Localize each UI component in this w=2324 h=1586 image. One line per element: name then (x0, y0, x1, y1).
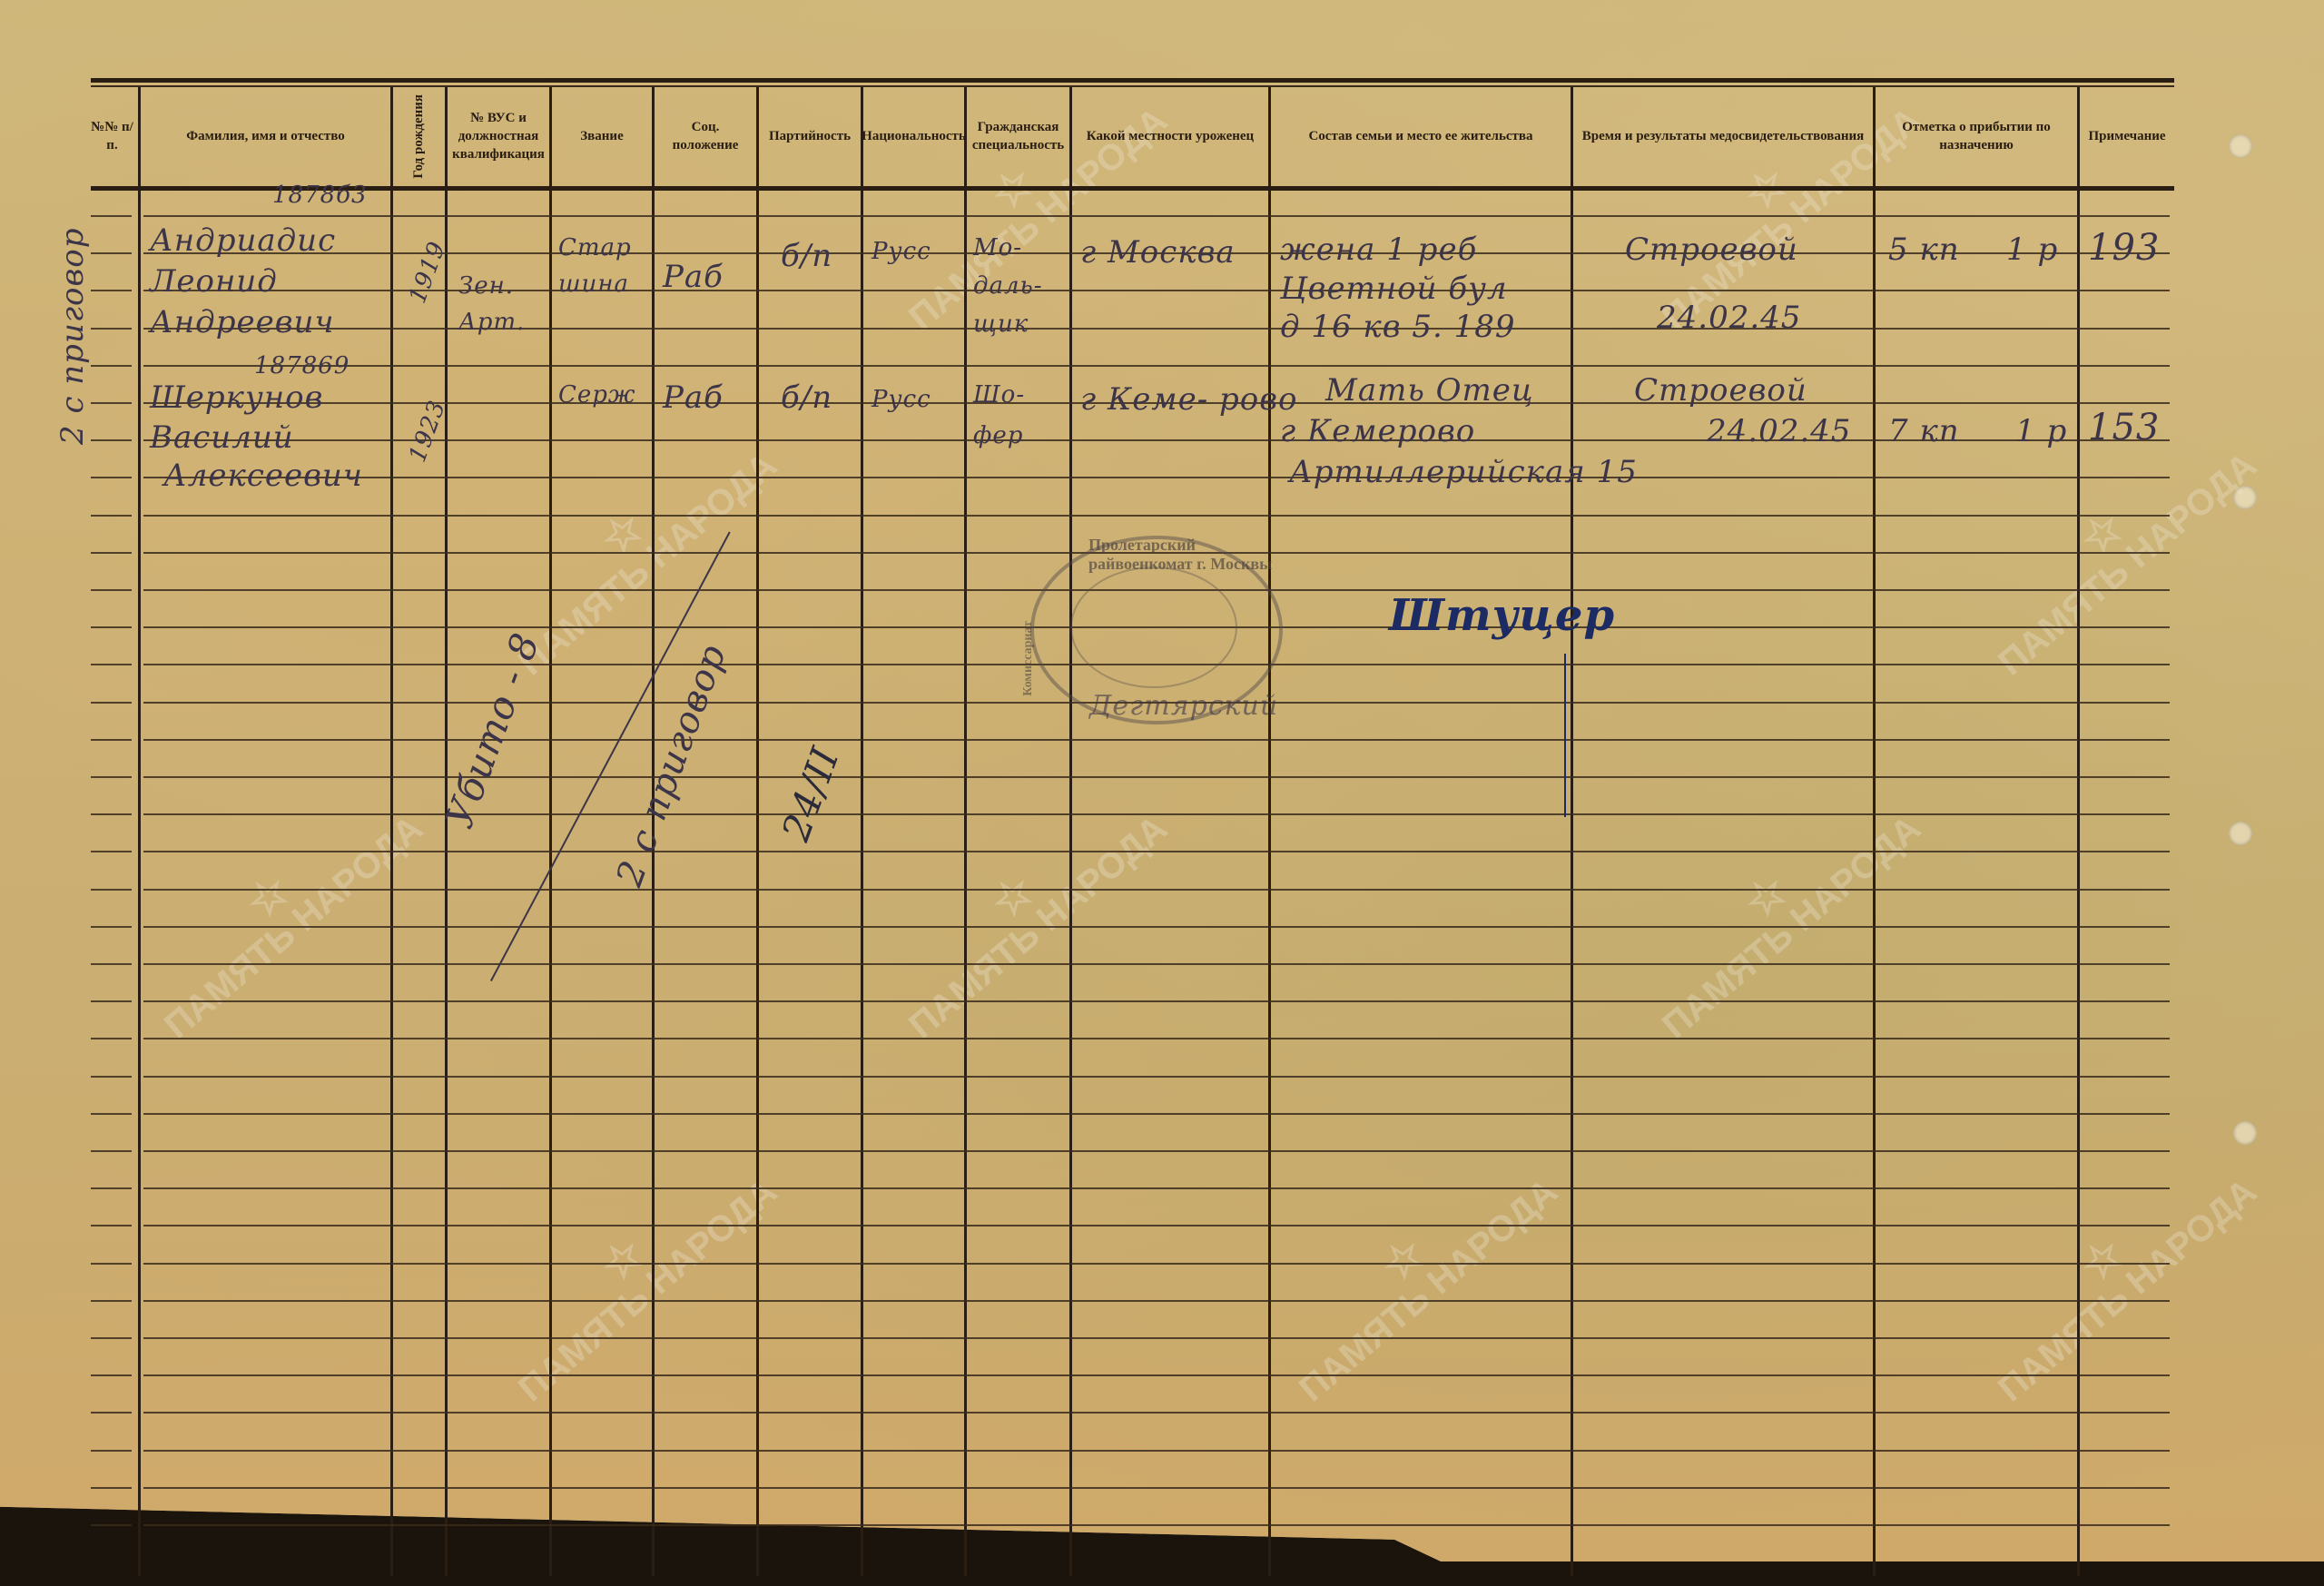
ruled-line (91, 439, 132, 441)
column-divider (1069, 87, 1072, 1576)
ruled-line (91, 1225, 132, 1226)
header-name: Фамилия, имя и отчество (141, 91, 390, 182)
ruled-line (91, 1374, 132, 1376)
family-line-2: г Кемерово (1280, 413, 1475, 449)
civil-spec-2: фер (973, 422, 1023, 449)
column-divider (2077, 87, 2080, 1576)
medical-date: 24.02.45 (1707, 413, 1851, 449)
nationality: Русс (871, 386, 931, 413)
ruled-line (143, 776, 2170, 778)
civil-spec-1: Мо- (973, 234, 1022, 261)
rank-line-1: Стар (558, 234, 632, 261)
ruled-line (91, 889, 132, 891)
punch-hole (2229, 822, 2252, 845)
ruled-line (91, 552, 132, 554)
column-divider (549, 87, 552, 1576)
vus-line-2: Арт. (458, 309, 525, 336)
ruled-line (143, 1225, 2170, 1226)
header-rank: Звание (552, 91, 652, 182)
header-notes: Примечание (2080, 91, 2174, 182)
ruled-line (91, 1038, 132, 1039)
ruled-line (91, 1450, 132, 1452)
nationality: Русс (871, 238, 931, 265)
arrival-unit: 5 кп (1888, 231, 1960, 268)
header-arrival: Отметка о прибытии по назначению (1876, 91, 2077, 182)
ruled-line (91, 252, 132, 254)
civil-spec-2: даль- (973, 272, 1042, 300)
ruled-line (91, 1000, 132, 1002)
ruled-line (143, 1000, 2170, 1002)
column-divider (861, 87, 863, 1576)
punch-hole (2229, 134, 2252, 158)
ruled-line (91, 1487, 132, 1489)
civil-spec-3: щик (973, 310, 1029, 338)
column-divider (1268, 87, 1271, 1576)
ruled-line (143, 439, 2170, 441)
arrival-unit: 7 кп (1888, 413, 1960, 449)
ruled-line (91, 515, 132, 517)
ruled-line (91, 1300, 132, 1302)
header-family: Состав семьи и место ее жительства (1271, 91, 1571, 182)
party: б/п (781, 379, 832, 416)
surname: Андриадис (150, 222, 336, 259)
personal-number: 1878б3 (272, 182, 368, 209)
signature-pencil: Дегтярский (1089, 690, 1278, 722)
social-status: Раб (663, 379, 724, 416)
header-party: Партийность (759, 91, 861, 182)
signature-stroke (1564, 654, 1566, 817)
family-line-1: жена 1 реб (1280, 231, 1477, 268)
medical-result: Строевой (1625, 231, 1798, 268)
ruled-line (91, 290, 132, 291)
ruled-line (91, 776, 132, 778)
ruled-line (91, 1150, 132, 1152)
header-nationality: Национальность (863, 91, 964, 182)
table-top-rule (91, 78, 2174, 83)
ruled-line (143, 926, 2170, 928)
ruled-line (143, 889, 2170, 891)
header-vus: № ВУС и должностная квалификация (448, 91, 549, 182)
ruled-line (143, 328, 2170, 330)
header-bottom-rule (91, 186, 2174, 191)
column-divider (964, 87, 967, 1576)
header-num: №№ п/п. (86, 91, 138, 182)
ruled-line (91, 626, 132, 628)
column-divider (138, 87, 141, 1576)
medical-result: Строевой (1634, 372, 1807, 409)
ruled-line (143, 851, 2170, 852)
header-civil-spec: Гражданская специальность (967, 91, 1069, 182)
ruled-line (91, 1524, 132, 1526)
medical-date: 24.02.45 (1657, 300, 1801, 336)
column-divider (390, 87, 393, 1576)
ruled-line (143, 1076, 2170, 1078)
stamp-emblem (1070, 566, 1237, 688)
ruled-line (143, 365, 2170, 367)
family-line-3: Артиллерийская 15 (1289, 454, 1638, 490)
column-divider (1571, 87, 1573, 1576)
ruled-line (143, 1450, 2170, 1452)
column-divider (1873, 87, 1876, 1576)
birthplace: г Кеме- рово (1080, 381, 1298, 418)
ruled-line (143, 1150, 2170, 1152)
ruled-line (91, 402, 132, 404)
ruled-line (143, 1263, 2170, 1265)
ruled-line (143, 739, 2170, 741)
ruled-line (143, 1524, 2170, 1526)
ruled-line (91, 328, 132, 330)
ruled-line (91, 739, 132, 741)
ruled-line (91, 702, 132, 704)
vus-line-1: Зен. (458, 272, 514, 300)
party: б/п (781, 238, 832, 274)
ruled-line (143, 1412, 2170, 1414)
column-divider (445, 87, 448, 1576)
ruled-line (91, 664, 132, 665)
ruled-line (91, 1337, 132, 1339)
ruled-line (143, 1113, 2170, 1115)
birthplace: г Москва (1080, 234, 1236, 271)
ruled-line (91, 1187, 132, 1189)
ruled-line (91, 365, 132, 367)
ruled-line (143, 963, 2170, 965)
ruled-line (91, 589, 132, 591)
punch-hole (2233, 1121, 2257, 1145)
margin-note: 2 с приговор (54, 227, 91, 445)
ruled-line (91, 813, 132, 815)
ruled-line (143, 1300, 2170, 1302)
social-status: Раб (663, 259, 724, 295)
rank-line-1: Серж (558, 381, 635, 409)
ruled-line (143, 1187, 2170, 1189)
family-line-2: Цветной бул (1280, 271, 1508, 307)
signature-blue: Штуцер (1389, 590, 1615, 641)
ruled-line (91, 1076, 132, 1078)
notes: 153 (2088, 407, 2160, 448)
arrival-company: 1 р (2015, 413, 2067, 449)
header-birth-year: Год рождения (393, 91, 445, 182)
personal-number: 187869 (254, 352, 350, 379)
arrival-company: 1 р (2006, 231, 2058, 268)
surname: Шеркунов (150, 379, 323, 416)
notes: 193 (2088, 227, 2160, 269)
ruled-line (91, 1412, 132, 1414)
ruled-line (143, 290, 2170, 291)
family-line-3: д 16 кв 5. 189 (1280, 309, 1515, 345)
first-name: Василий (150, 419, 294, 456)
punch-hole (2233, 486, 2257, 509)
stamp-side-text: Комиссариат (1021, 621, 1036, 696)
ruled-line (143, 1374, 2170, 1376)
ruled-line (91, 963, 132, 965)
ruled-line (143, 1038, 2170, 1039)
ruled-line (91, 215, 132, 217)
rank-line-2: шина (558, 271, 629, 298)
ruled-line (143, 215, 2170, 217)
ruled-line (91, 851, 132, 852)
ruled-line (143, 515, 2170, 517)
ruled-line (143, 477, 2170, 478)
first-name: Леонид (150, 263, 278, 300)
stamp-text: Пролетарский райвоенкомат г. Москвы (1088, 536, 1279, 574)
family-line-1: Мать Отец (1325, 372, 1534, 409)
ruled-line (143, 1337, 2170, 1339)
patronymic: Алексеевич (163, 458, 363, 494)
column-divider (756, 87, 759, 1576)
civil-spec-1: Шо- (973, 381, 1025, 409)
header-social: Соц. положение (655, 91, 756, 182)
ruled-line (91, 926, 132, 928)
header-medical: Время и результаты медосвидетельствовани… (1573, 91, 1873, 182)
ruled-line (91, 1263, 132, 1265)
ruled-line (91, 1113, 132, 1115)
header-birthplace: Какой местности уроженец (1072, 91, 1268, 182)
patronymic: Андреевич (150, 304, 335, 340)
ruled-line (143, 1487, 2170, 1489)
ruled-line (91, 477, 132, 478)
table-top-rule-thin (91, 85, 2174, 87)
